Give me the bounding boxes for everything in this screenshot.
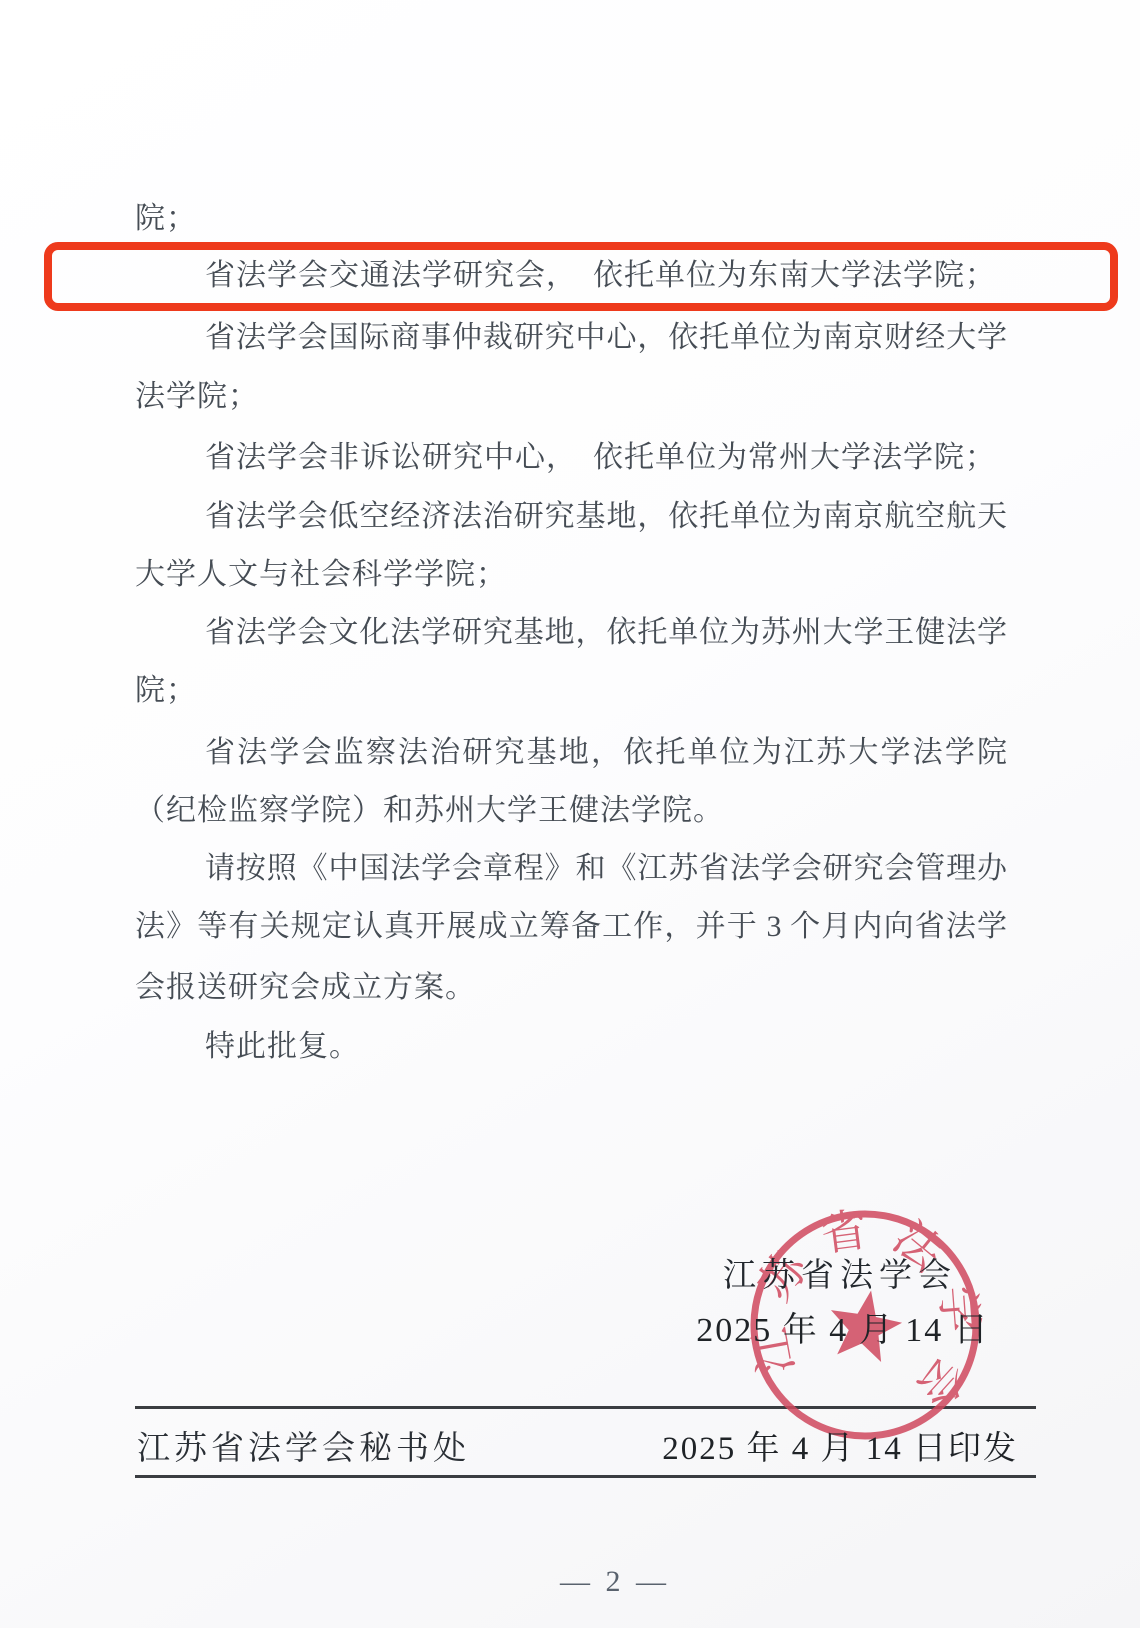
- document-line: 院；: [135, 662, 1007, 720]
- document-line: 大学人文与社会科学学院；: [135, 546, 1007, 604]
- document-line: 省法学会文化法学研究基地，依托单位为苏州大学王健法学: [135, 604, 1007, 662]
- document-line: 请按照《中国法学会章程》和《江苏省法学会研究会管理办: [135, 840, 1007, 898]
- signature-date: 2025 年 4 月 14 日: [620, 1308, 1066, 1354]
- document-line: 省法学会非诉讼研究中心， 依托单位为常州大学法学院；: [135, 429, 1007, 487]
- signature-org: 江苏省法学会: [640, 1254, 1040, 1298]
- document-page: 院； 省法学会交通法学研究会， 依托单位为东南大学法学院； 省法学会国际商事仲裁…: [0, 0, 1140, 1628]
- document-line: 法》等有关规定认真开展成立筹备工作，并于 3 个月内向省法学: [135, 898, 1007, 956]
- document-line: 会报送研究会成立方案。: [135, 959, 1007, 1017]
- document-line: 法学院；: [135, 368, 1007, 426]
- highlighted-line: 省法学会交通法学研究会， 依托单位为东南大学法学院；: [135, 247, 1007, 305]
- document-line: 省法学会低空经济法治研究基地，依托单位为南京航空航天: [135, 488, 1007, 546]
- footer-issuer: 江苏省法学会秘书处: [137, 1428, 470, 1470]
- document-line: （纪检监察学院）和苏州大学王健法学院。: [135, 782, 1007, 840]
- document-line: 省法学会监察法治研究基地，依托单位为江苏大学法学院: [135, 724, 1007, 782]
- document-line: 院；: [135, 190, 1007, 248]
- footer-rule-bottom: [135, 1475, 1036, 1478]
- document-line: 特此批复。: [135, 1018, 1007, 1076]
- document-line: 省法学会国际商事仲裁研究中心，依托单位为南京财经大学: [135, 309, 1007, 367]
- footer-print-date: 2025 年 4 月 14 日印发: [662, 1428, 1018, 1470]
- page-number: — 2 —: [515, 1562, 715, 1602]
